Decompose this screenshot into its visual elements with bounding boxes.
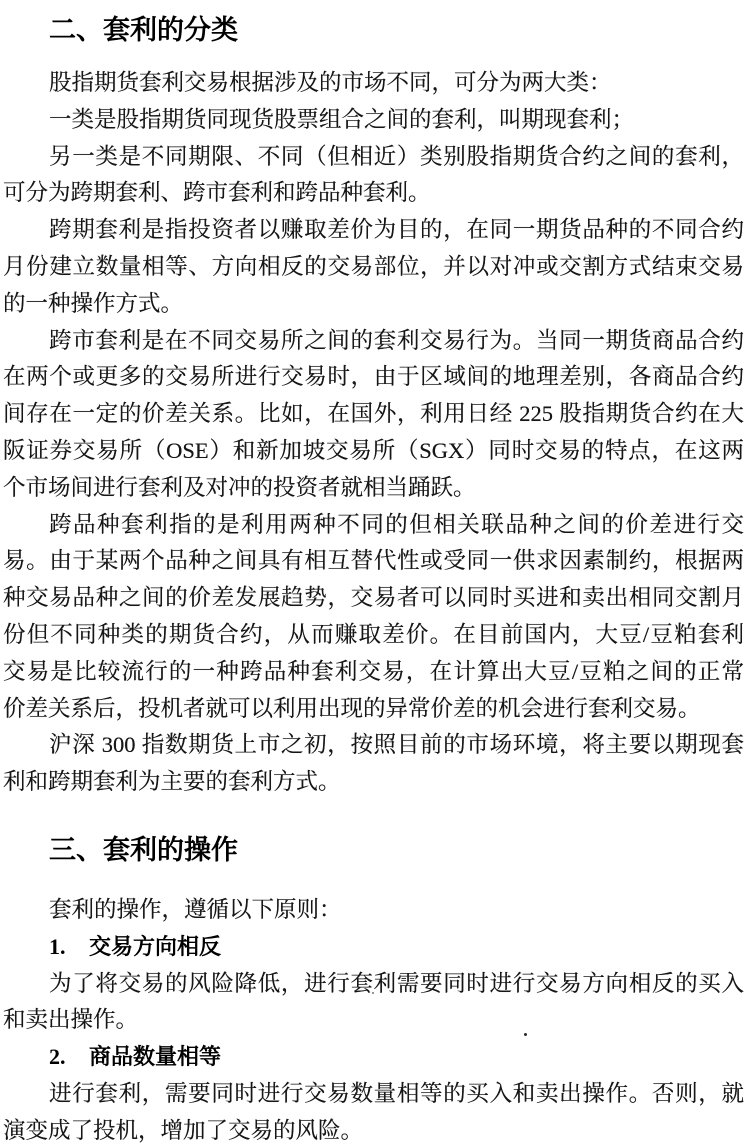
text-line: 和卖出操作。 (3, 1002, 744, 1039)
text-line: 另一类是不同期限、不同（但相近）类别股指期货合约之间的套利， (3, 139, 744, 176)
scanned-page: { "colors": { "background": "#ffffff", "… (0, 0, 750, 1143)
text-line: 种交易品种之间的价差发展趋势，交易者可以同时买进和卖出相同交割月 (3, 580, 744, 617)
paragraph: 进行套利，需要同时进行交易数量相等的买入和卖出操作。否则，就演变成了投机，增加了… (3, 1076, 744, 1143)
subheading-title: 交易方向相反 (89, 934, 221, 959)
subheading-number: 1. (49, 929, 89, 966)
text-line: 利和跨期套利为主要的套利方式。 (3, 764, 744, 801)
text-line: 价差关系后，投机者就可以利用出现的异常价差的机会进行套利交易。 (3, 691, 744, 728)
numbered-subheading: 2.商品数量相等 (3, 1039, 744, 1076)
text-line: 套利的操作，遵循以下原则： (3, 892, 744, 929)
text-line: 沪深 300 指数期货上市之初，按照目前的市场环境，将主要以期现套 (3, 727, 744, 764)
document-body: 二、套利的分类股指期货套利交易根据涉及的市场不同，可分为两大类：一类是股指期货同… (0, 10, 750, 1143)
section-heading: 三、套利的操作 (49, 830, 744, 870)
scan-speck (524, 1033, 527, 1036)
paragraph: 股指期货套利交易根据涉及的市场不同，可分为两大类： (3, 65, 744, 102)
text-line: 个市场间进行套利及对冲的投资者就相当踊跃。 (3, 470, 744, 507)
text-line: 股指期货套利交易根据涉及的市场不同，可分为两大类： (3, 65, 744, 102)
text-line: 在两个或更多的交易所进行交易时，由于区域间的地理差别，各商品合约 (3, 359, 744, 396)
text-line: 份但不同种类的期货合约，从而赚取差价。在目前国内，大豆/豆粕套利 (3, 617, 744, 654)
subheading-number: 2. (49, 1039, 89, 1076)
paragraph: 沪深 300 指数期货上市之初，按照目前的市场环境，将主要以期现套利和跨期套利为… (3, 727, 744, 801)
text-line: 月份建立数量相等、方向相反的交易部位，并以对冲或交割方式结束交易 (3, 249, 744, 286)
text-line: 跨期套利是指投资者以赚取差价为目的，在同一期货品种的不同合约 (3, 212, 744, 249)
text-line: 为了将交易的风险降低，进行套利需要同时进行交易方向相反的买入 (3, 966, 744, 1003)
section-heading: 二、套利的分类 (49, 10, 744, 50)
text-line: 交易是比较流行的一种跨品种套利交易，在计算出大豆/豆粕之间的正常 (3, 654, 744, 691)
text-line: 跨市套利是在不同交易所之间的套利交易行为。当同一期货商品合约 (3, 323, 744, 360)
scan-speck (372, 992, 374, 994)
text-line: 易。由于某两个品种之间具有相互替代性或受同一供求因素制约，根据两 (3, 543, 744, 580)
paragraph: 另一类是不同期限、不同（但相近）类别股指期货合约之间的套利，可分为跨期套利、跨市… (3, 139, 744, 213)
text-line: 阪证券交易所（OSE）和新加坡交易所（SGX）同时交易的特点，在这两 (3, 433, 744, 470)
subheading-title: 商品数量相等 (89, 1044, 221, 1069)
numbered-subheading: 1.交易方向相反 (3, 929, 744, 966)
text-line: 间存在一定的价差关系。比如，在国外，利用日经 225 股指期货合约在大 (3, 396, 744, 433)
text-line: 演变成了投机，增加了交易的风险。 (3, 1113, 744, 1143)
text-line: 进行套利，需要同时进行交易数量相等的买入和卖出操作。否则，就 (3, 1076, 744, 1113)
paragraph: 为了将交易的风险降低，进行套利需要同时进行交易方向相反的买入和卖出操作。 (3, 966, 744, 1040)
paragraph: 一类是股指期货同现货股票组合之间的套利，叫期现套利； (3, 102, 744, 139)
text-line: 跨品种套利指的是利用两种不同的但相关联品种之间的价差进行交 (3, 507, 744, 544)
paragraph: 套利的操作，遵循以下原则： (3, 892, 744, 929)
paragraph: 跨期套利是指投资者以赚取差价为目的，在同一期货品种的不同合约月份建立数量相等、方… (3, 212, 744, 322)
text-line: 一类是股指期货同现货股票组合之间的套利，叫期现套利； (3, 102, 744, 139)
paragraph: 跨市套利是在不同交易所之间的套利交易行为。当同一期货商品合约在两个或更多的交易所… (3, 323, 744, 507)
paragraph: 跨品种套利指的是利用两种不同的但相关联品种之间的价差进行交易。由于某两个品种之间… (3, 507, 744, 728)
text-line: 可分为跨期套利、跨市套利和跨品种套利。 (3, 175, 744, 212)
text-line: 的一种操作方式。 (3, 286, 744, 323)
